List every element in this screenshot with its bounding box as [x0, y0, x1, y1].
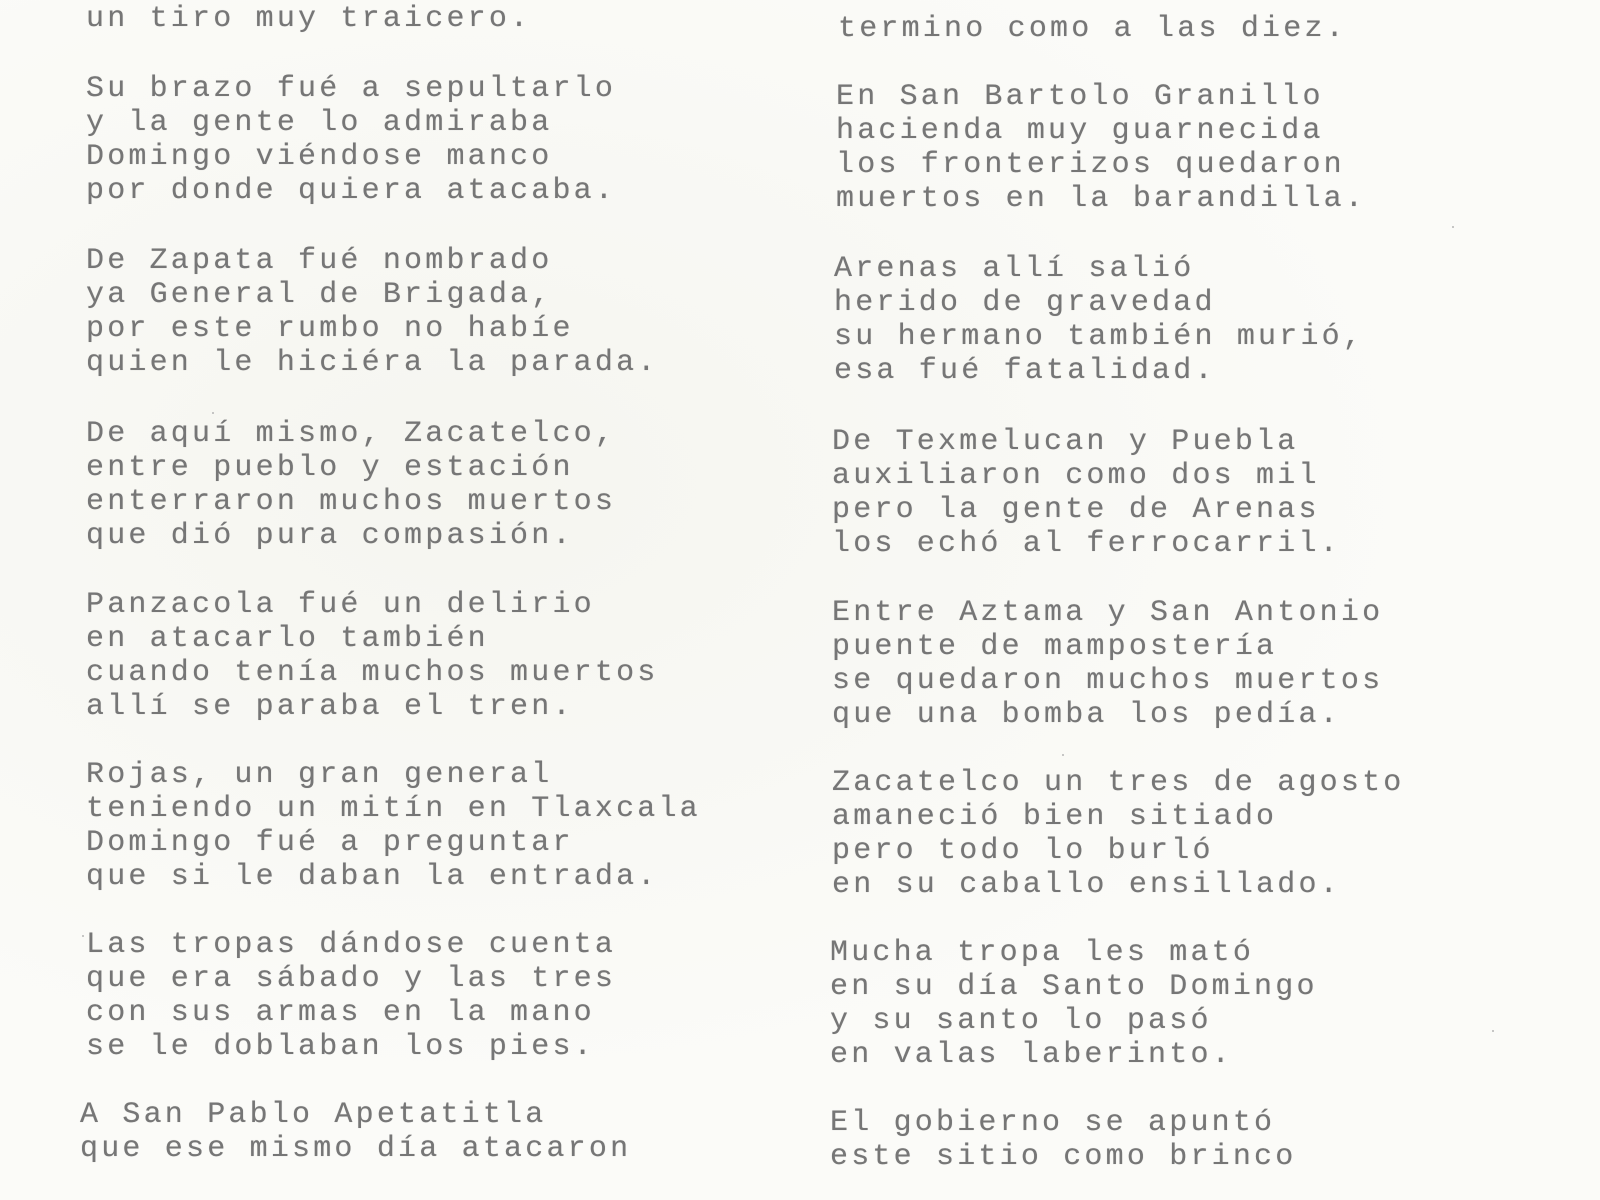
verse-line: y su santo lo pasó	[830, 1004, 1318, 1038]
verse-line: amaneció bien sitiado	[832, 800, 1404, 834]
verse-line: Domingo viéndose manco	[86, 140, 616, 174]
verse-line: Su brazo fué a sepultarlo	[86, 72, 616, 106]
verse-line: pero la gente de Arenas	[832, 493, 1341, 527]
stanza: Panzacola fué un delirio en atacarlo tam…	[86, 588, 658, 724]
verse-line: muertos en la barandilla.	[836, 182, 1366, 216]
verse-line: que dió pura compasión.	[86, 519, 616, 553]
verse-line: y la gente lo admiraba	[86, 106, 616, 140]
stanza: El gobierno se apuntó este sitio como br…	[830, 1106, 1296, 1174]
partial-line: un tiro muy traicero.	[86, 2, 531, 36]
paper-speck	[1062, 754, 1064, 756]
verse-line: los fronterizos quedaron	[836, 148, 1366, 182]
verse-line: entre pueblo y estación	[86, 451, 616, 485]
paper-speck	[82, 935, 84, 937]
verse-line: su hermano también murió,	[834, 320, 1364, 354]
verse-line: puente de mampostería	[832, 630, 1383, 664]
verse-line: que era sábado y las tres	[86, 962, 616, 996]
stanza: De aquí mismo, Zacatelco, entre pueblo y…	[86, 417, 616, 553]
verse-line: pero todo lo burló	[832, 834, 1404, 868]
verse-line: los echó al ferrocarril.	[832, 527, 1341, 561]
stanza: De Texmelucan y Puebla auxiliaron como d…	[832, 425, 1341, 561]
verse-line: Domingo fué a preguntar	[86, 826, 701, 860]
verse-line: en su día Santo Domingo	[830, 970, 1318, 1004]
verse-line: que si le daban la entrada.	[86, 860, 701, 894]
verse-line: que ese mismo día atacaron	[80, 1132, 631, 1166]
verse-line: De Zapata fué nombrado	[86, 244, 658, 278]
verse-line: enterraron muchos muertos	[86, 485, 616, 519]
stanza: Rojas, un gran general teniendo un mitín…	[86, 758, 701, 894]
verse-line: Arenas allí salió	[834, 252, 1364, 286]
verse-line: en atacarlo también	[86, 622, 658, 656]
verse-line: herido de gravedad	[834, 286, 1364, 320]
stanza: Entre Aztama y San Antonio puente de mam…	[832, 596, 1383, 732]
verse-line: De Texmelucan y Puebla	[832, 425, 1341, 459]
verse-line: En San Bartolo Granillo	[836, 80, 1366, 114]
verse-line: Entre Aztama y San Antonio	[832, 596, 1383, 630]
stanza: Arenas allí salió herido de gravedad su …	[834, 252, 1364, 388]
verse-line: Las tropas dándose cuenta	[86, 928, 616, 962]
stanza: Zacatelco un tres de agosto amaneció bie…	[832, 766, 1404, 902]
verse-line: allí se paraba el tren.	[86, 690, 658, 724]
stanza: A San Pablo Apetatitla que ese mismo día…	[80, 1098, 631, 1166]
verse-line: se le doblaban los pies.	[86, 1030, 616, 1064]
verse-line: este sitio como brinco	[830, 1140, 1296, 1174]
verse-line: que una bomba los pedía.	[832, 698, 1383, 732]
stanza: De Zapata fué nombrado ya General de Bri…	[86, 244, 658, 380]
verse-line: por donde quiera atacaba.	[86, 174, 616, 208]
verse-line: Zacatelco un tres de agosto	[832, 766, 1404, 800]
stanza: Su brazo fué a sepultarlo y la gente lo …	[86, 72, 616, 208]
paper-speck	[212, 412, 214, 414]
partial-line: termino como a las diez.	[838, 12, 1347, 46]
verse-line: con sus armas en la mano	[86, 996, 616, 1030]
verse-line: De aquí mismo, Zacatelco,	[86, 417, 616, 451]
verse-line: Mucha tropa les mató	[830, 936, 1318, 970]
typewritten-page: un tiro muy traicero. Su brazo fué a sep…	[0, 0, 1600, 1200]
paper-speck	[1452, 226, 1454, 228]
verse-line: se quedaron muchos muertos	[832, 664, 1383, 698]
stanza: Mucha tropa les mató en su día Santo Dom…	[830, 936, 1318, 1072]
verse-line: quien le hiciéra la parada.	[86, 346, 658, 380]
verse-line: teniendo un mitín en Tlaxcala	[86, 792, 701, 826]
verse-line: auxiliaron como dos mil	[832, 459, 1341, 493]
paper-speck	[1492, 1030, 1494, 1032]
verse-line: A San Pablo Apetatitla	[80, 1098, 631, 1132]
verse-line: ya General de Brigada,	[86, 278, 658, 312]
stanza: En San Bartolo Granillo hacienda muy gua…	[836, 80, 1366, 216]
verse-line: esa fué fatalidad.	[834, 354, 1364, 388]
verse-line: cuando tenía muchos muertos	[86, 656, 658, 690]
verse-line: El gobierno se apuntó	[830, 1106, 1296, 1140]
stanza: Las tropas dándose cuenta que era sábado…	[86, 928, 616, 1064]
verse-line: en valas laberinto.	[830, 1038, 1318, 1072]
verse-line: Rojas, un gran general	[86, 758, 701, 792]
verse-line: por este rumbo no habíe	[86, 312, 658, 346]
verse-line: en su caballo ensillado.	[832, 868, 1404, 902]
verse-line: hacienda muy guarnecida	[836, 114, 1366, 148]
verse-line: Panzacola fué un delirio	[86, 588, 658, 622]
